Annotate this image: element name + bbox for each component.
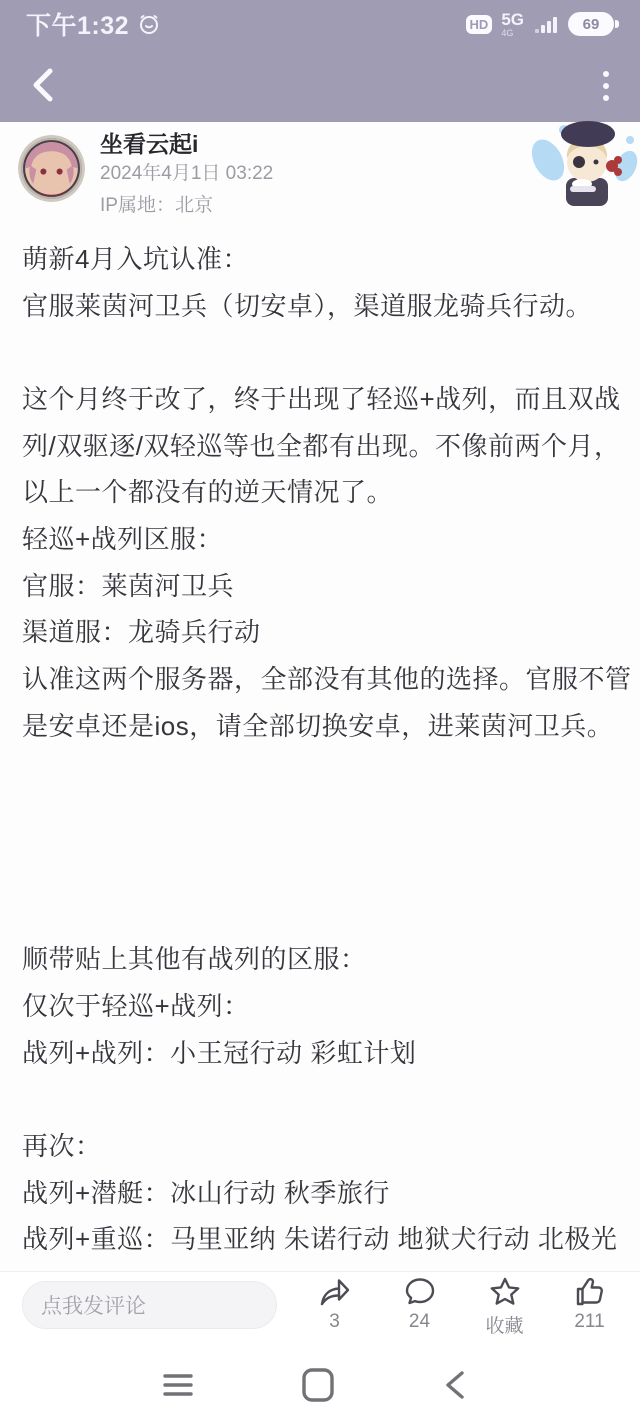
nav-back-button[interactable]	[433, 1363, 477, 1407]
author-row: 坐看云起i 2024年4月1日 03:22 IP属地：北京	[0, 122, 640, 232]
author-name[interactable]: 坐看云起i	[100, 126, 198, 159]
nav-recents-button[interactable]	[156, 1363, 200, 1407]
post-text-line: 官服：莱茵河卫兵	[22, 561, 618, 608]
post-text-line: 认准这两个服务器，全部没有其他的选择。官服不管	[22, 654, 618, 701]
post-body: 萌新4月入坑认准：官服莱茵河卫兵（切安卓），渠道服龙骑兵行动。这个月终于改了，终…	[0, 232, 640, 1308]
comment-icon	[403, 1276, 437, 1308]
post-text-line	[22, 748, 618, 795]
home-square-icon	[301, 1367, 335, 1403]
post-text-line: 这个月终于改了，终于出现了轻巡+战列，而且双战	[22, 374, 618, 421]
comment-placeholder: 点我发评论	[41, 1290, 146, 1320]
share-count: 3	[329, 1311, 340, 1333]
sticker-image	[530, 116, 640, 208]
avatar[interactable]	[18, 135, 85, 202]
post-text-line: 萌新4月入坑认准：	[22, 234, 618, 281]
back-button[interactable]	[24, 63, 64, 107]
post-text-line	[22, 888, 618, 935]
comment-input[interactable]: 点我发评论	[22, 1281, 277, 1329]
post-text-line: 战列+重巡：马里亚纳 朱诺行动 地狱犬行动 北极光	[22, 1214, 618, 1261]
menu-lines-icon	[161, 1370, 195, 1400]
post-text-line	[22, 841, 618, 888]
post-text-line	[22, 1074, 618, 1121]
post-text-line: 官服莱茵河卫兵（切安卓），渠道服龙骑兵行动。	[22, 281, 618, 328]
post-text-line: 战列+潜艇：冰山行动 秋季旅行	[22, 1168, 618, 1215]
post-date: 2024年4月1日 03:22	[100, 158, 273, 185]
post-text-line: 轻巡+战列区服：	[22, 514, 618, 561]
chevron-left-icon	[442, 1368, 468, 1402]
post-text-line	[22, 794, 618, 841]
comment-button[interactable]: 24	[377, 1276, 462, 1338]
status-bar: 下午1:32 HD 5G 4G 69	[0, 0, 640, 48]
comment-count: 24	[409, 1311, 430, 1333]
like-button[interactable]: 211	[547, 1276, 632, 1338]
post-text-line: 是安卓还是ios，请全部切换安卓，进莱茵河卫兵。	[22, 701, 618, 748]
post-text-line: 列/双驱逐/双轻巡等也全都有出现。不像前两个月，	[22, 421, 618, 468]
like-count: 211	[574, 1311, 604, 1333]
status-time: 下午1:32	[26, 6, 129, 42]
post-text-line: 战列+战列：小王冠行动 彩虹计划	[22, 1028, 618, 1075]
signal-icon	[533, 13, 559, 35]
share-button[interactable]: 3	[292, 1276, 377, 1338]
system-nav-bar	[0, 1348, 640, 1422]
app-header	[0, 48, 640, 122]
post-text-line	[22, 327, 618, 374]
post-text-line: 再次：	[22, 1121, 618, 1168]
app-screen: 下午1:32 HD 5G 4G 69	[0, 0, 640, 1422]
favorite-label: 收藏	[485, 1311, 523, 1338]
favorite-button[interactable]: 收藏	[462, 1276, 547, 1338]
network-type: 5G 4G	[501, 11, 524, 38]
more-menu-button[interactable]	[596, 64, 616, 108]
nav-home-button[interactable]	[296, 1363, 340, 1407]
post-text-line: 以上一个都没有的逆天情况了。	[22, 467, 618, 514]
share-icon	[318, 1276, 352, 1308]
post-text-line: 顺带贴上其他有战列的区服：	[22, 934, 618, 981]
thumbs-up-icon	[573, 1276, 607, 1308]
comment-action-bar: 点我发评论 3 24 收藏	[0, 1271, 640, 1348]
star-icon	[488, 1276, 522, 1308]
hd-badge: HD	[466, 15, 493, 34]
post-text-line: 仅次于轻巡+战列：	[22, 981, 618, 1028]
post-text-line: 渠道服：龙骑兵行动	[22, 608, 618, 655]
battery-icon: 69	[568, 12, 614, 36]
alarm-icon	[137, 12, 161, 36]
post-ip-location: IP属地：北京	[100, 190, 213, 217]
post-content: 坐看云起i 2024年4月1日 03:22 IP属地：北京	[0, 122, 640, 1308]
